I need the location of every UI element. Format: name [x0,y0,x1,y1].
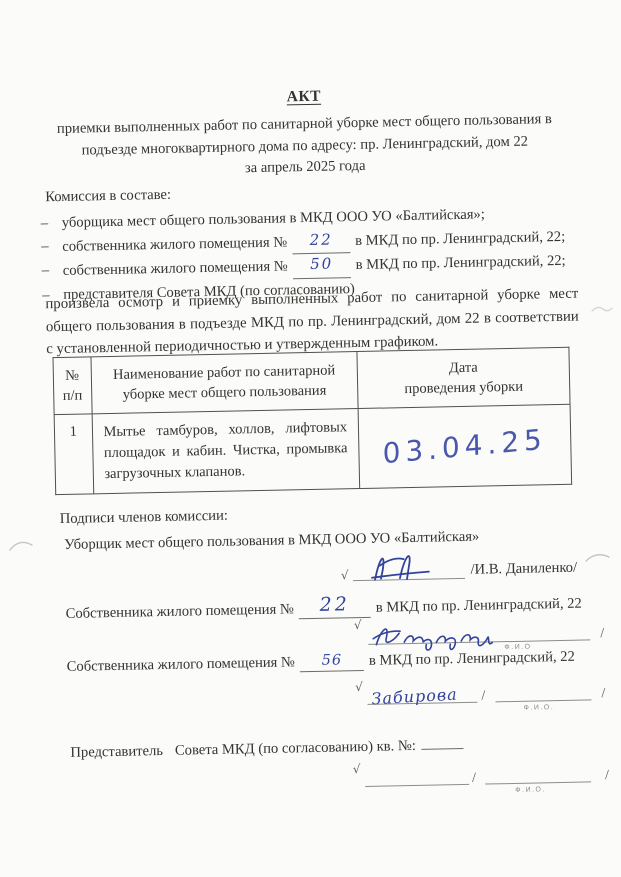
signature-row-owner-56: √ Забирова / Ф.И.О. / [355,674,606,715]
scan-artifact-curl-right [584,550,612,566]
cleaning-date-cell: 03.04.25 [358,404,572,488]
scan-artifact-curl-left [8,536,36,554]
commission-heading: Комиссия в составе: [45,185,171,209]
scan-artifact-corner-fold [578,840,618,874]
handwritten-apartment-50: 50 [310,255,333,273]
header-cell-work: Наименование работ по санитарной уборке … [91,352,359,414]
signature-row-representative: √ / Ф.И.О. / [353,756,610,797]
row-number-cell: 1 [54,414,93,495]
handwritten-name-zabirova: Забирова [371,685,458,709]
list-dash: – [42,259,63,284]
page-title: АКТ [0,82,614,112]
typed-name-danilenko: /И.В. Даниленко/ [470,560,577,579]
apartment-number-blank: 22 [292,229,350,255]
signature-line [365,784,469,787]
list-dash: – [41,234,62,259]
work-description-cell: Мытье тамбуров, холлов, лифтовых площадо… [92,409,360,494]
works-table: №п/п Наименование работ по санитарной уб… [52,347,572,495]
apartment-number-blank: 56 [300,653,364,672]
signature-label-representative: ПредставительСовета МКД (по согласованию… [70,737,468,762]
check-tick-icon: √ [354,618,362,647]
end-slash: / [601,686,605,702]
apartment-number-blank-empty [421,748,463,750]
check-tick-icon: √ [355,680,363,707]
signatures-heading: Подписи членов комиссии: [60,506,229,530]
fio-caption: Ф.И.О. [515,786,546,794]
document-subtitle: приемки выполненных работ по санитарной … [0,108,616,185]
end-slash: / [605,768,609,784]
fio-line [485,781,591,784]
scan-artifact-tilde-right [590,302,614,316]
table-row: 1 Мытье тамбуров, холлов, лифтовых площа… [54,404,572,494]
scanned-act-document: АКТ приемки выполненных работ по санитар… [0,0,621,877]
fio-caption: Ф.И.О. [524,704,555,712]
signature-label-owner-56: Собственника жилого помещения №56в МКД п… [67,648,607,677]
table-header-row: №п/п Наименование работ по санитарной уб… [53,347,570,414]
signature-scribble-danilenko [366,546,441,583]
mid-slash: / [481,689,485,705]
header-cell-num: №п/п [53,357,92,415]
list-dash: – [41,212,62,235]
document-sheet: АКТ приемки выполненных работ по санитар… [0,0,621,877]
mid-slash: / [472,771,476,787]
handwritten-date: 03.04.25 [383,422,548,470]
signature-line [352,552,465,581]
handwritten-apartment-22: 22 [309,230,332,248]
fio-line [495,699,591,702]
apartment-number-blank: 22 [299,595,371,619]
end-slash: / [600,626,604,642]
signature-row-cleaner: √ /И.В. Даниленко/ [340,545,577,582]
apartment-number-blank: 50 [292,253,350,279]
handwritten-apartment-22: 22 [319,593,350,616]
check-tick-icon: √ [353,762,361,789]
check-tick-icon: √ [341,568,349,582]
header-cell-date: Датапроведения уборки [357,347,570,408]
handwritten-apartment-56: 56 [321,652,342,668]
